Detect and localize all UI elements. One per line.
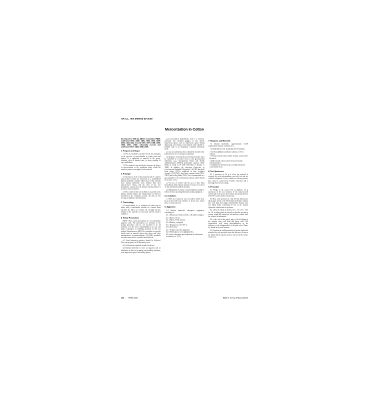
paragraph: 1.2 The method is not intended to measur…: [121, 165, 161, 171]
section-heading: 1. Purpose and Scope: [121, 150, 161, 152]
section-heading: 8. Test Specimens: [208, 171, 248, 173]
paragraph: 4.1 Good laboratory practices should be …: [121, 240, 161, 244]
section-heading: 2. Principle: [121, 173, 161, 175]
paragraph: 9.4 At the end of this period, pipet a 1…: [208, 219, 248, 229]
column-2: 4.4 Concentrated hydrochloric acid is a …: [165, 138, 205, 286]
scan-canvas: AATCC Test Method 89-2008 Mercerization …: [0, 0, 368, 420]
paragraph: 2.1 Specimens of the cotton material and…: [121, 176, 161, 190]
paragraph: 2.2 The results of this test method are …: [121, 191, 161, 199]
paragraph: NOTE: These safety precautions are for i…: [121, 220, 161, 239]
document-title: Mercerization in Cotton: [121, 127, 248, 131]
paragraph: 4.6 Exposure to chemicals used in this p…: [165, 156, 205, 181]
paragraph: 3.1 mercerization, n.—a treatment of cot…: [121, 205, 161, 215]
section-heading: 7. Reagents and Materials: [208, 140, 248, 142]
column-3: 7. Reagents and Materials7.1 Barium hydr…: [208, 138, 248, 286]
section-heading: 3. Terminology: [121, 202, 161, 204]
paragraph: Developed in 1969 by AATCC Committee RA8…: [121, 138, 161, 148]
section-heading: 9. Procedure: [208, 186, 248, 188]
paragraph: 4.7 In case of contact with the eyes or …: [165, 182, 205, 188]
paragraph: 1.1 This test method is intended for the…: [121, 153, 161, 163]
document-footer: 132 TM 89-2008 AATCC Technical Manual/20…: [121, 297, 248, 299]
section-heading: 5. Limitations: [165, 195, 205, 197]
paragraph: 4.5 An eyewash/safety shower should be l…: [165, 151, 205, 155]
paragraph: 4.2 All chemicals should be handled with…: [121, 245, 161, 247]
paragraph: 7.5 Distilled or deionized water, freshl…: [208, 164, 248, 168]
document-page: AATCC Test Method 89-2008 Mercerization …: [121, 118, 248, 300]
document-header: AATCC Test Method 89-2008: [121, 118, 248, 121]
section-heading: 4. Safety Precautions: [121, 217, 161, 219]
section-heading: 6. Apparatus: [165, 206, 205, 208]
paragraph: 9.2 Place each specimen in a dry 250 mL …: [208, 198, 248, 208]
paragraph: 9.5 Calculate the milliequivalents of ba…: [208, 230, 248, 238]
footer-manual-ref: AATCC Technical Manual/2010: [223, 297, 248, 299]
footer-method-ref: TM 89-2008: [128, 297, 138, 299]
columns: Developed in 1969 by AATCC Committee RA8…: [121, 138, 248, 286]
paragraph: 6.2 Atomic absorption spectrophotometer …: [165, 234, 205, 238]
page-number: 132: [121, 297, 124, 299]
paragraph: 4.8 Manufacturer's safety recommendation…: [165, 189, 205, 193]
paragraph: 7.1 Barium hydroxide, approximately 0.25…: [208, 143, 248, 147]
paragraph: 8.1 A specimen of 2.0 g of clean, dry ma…: [208, 174, 248, 184]
paragraph: 9.1 Weigh, to the nearest 0.01 g, duplic…: [208, 189, 248, 197]
paragraph: 6.1 Barium hydroxide absorption equipmen…: [165, 209, 205, 213]
column-1: Developed in 1969 by AATCC Committee RA8…: [121, 138, 161, 286]
paragraph: 7.2 Hydrochloric acid, standardized 0.1N…: [208, 148, 248, 150]
paragraph: 9.3 Allow the flasks to stand at 21 ± 1°…: [208, 209, 248, 217]
footer-left: 132 TM 89-2008: [121, 297, 138, 299]
paragraph: 4.3 Barium hydroxide is toxic on ingesti…: [121, 247, 161, 253]
paragraph: 5.1 This test cannot be used on fabrics …: [165, 198, 205, 204]
paragraph: 4.4 Concentrated hydrochloric acid is a …: [165, 138, 205, 150]
